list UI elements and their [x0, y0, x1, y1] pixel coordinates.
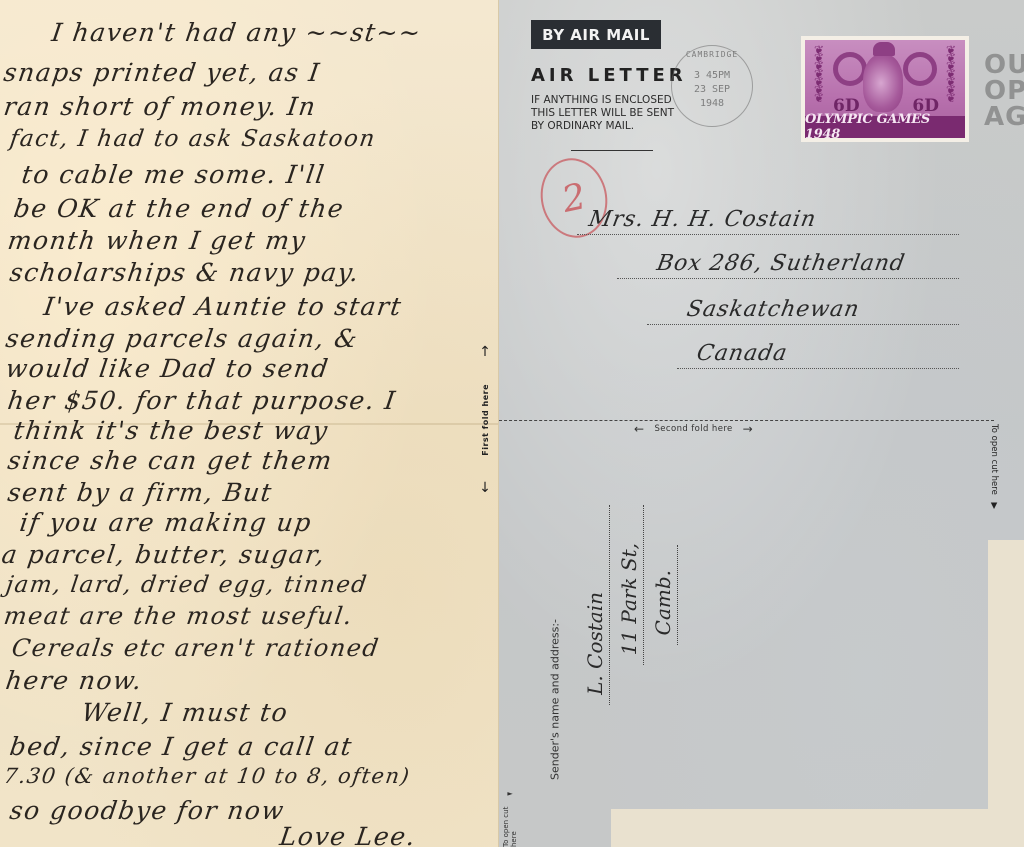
address-line: Saskatchewan — [647, 290, 959, 325]
handwriting-line: here now. — [4, 666, 145, 695]
first-fold-marker: ↑ First fold here ↓ — [474, 345, 496, 495]
handwriting-line: sent by a firm, But — [6, 478, 275, 507]
handwriting-line: since she can get them — [6, 446, 335, 475]
sender-address-line: L. Costain — [581, 505, 610, 705]
handwriting-line: so goodbye for now — [8, 796, 287, 825]
address-text: Saskatchewan — [685, 297, 862, 322]
handwriting-line: jam, lard, dried egg, tinned — [4, 572, 369, 598]
warning-line: IF ANYTHING IS ENCLOSED — [531, 94, 674, 107]
crown-icon — [873, 42, 895, 56]
address-text: Mrs. H. H. Costain — [587, 207, 819, 232]
arrow-up-icon: ↑ — [479, 345, 491, 359]
handwriting-line: to cable me some. I'll — [20, 160, 327, 189]
open-cut-marker: To open cut here ◄ — [502, 790, 518, 847]
handwriting-line: a parcel, butter, sugar, — [0, 540, 328, 569]
divider — [571, 150, 653, 151]
sender-text: L. Costain — [583, 592, 607, 695]
arrow-left-icon: ← — [634, 422, 644, 436]
handwriting-line: her $50. for that purpose. I — [6, 386, 398, 415]
handwriting-line: be OK at the end of the — [12, 194, 346, 223]
slogan-cancellation: OUR OPE AG — [984, 52, 1024, 130]
by-air-mail-label: BY AIR MAIL — [531, 20, 661, 49]
handwriting-line: would like Dad to send — [4, 354, 331, 383]
arrow-down-icon: ↓ — [479, 481, 491, 495]
handwriting-line: scholarships & navy pay. — [8, 258, 362, 287]
olympic-ring-icon — [903, 52, 937, 86]
first-fold-label: First fold here — [481, 384, 490, 456]
handwriting-line: think it's the best way — [12, 416, 331, 445]
arrow-down-icon: ▼ — [989, 501, 999, 511]
sender-address-line: Camb. — [649, 545, 678, 645]
postmark-time: 3 45PM — [672, 70, 752, 81]
handwriting-line: Cereals etc aren't rationed — [10, 634, 381, 662]
warning-line: BY ORDINARY MAIL. — [531, 120, 674, 133]
postmark-date: 23 SEP — [672, 84, 752, 95]
handwriting-line: ran short of money. In — [2, 92, 318, 121]
handwriting-line: month when I get my — [6, 226, 308, 255]
address-text: Box 286, Sutherland — [655, 251, 907, 276]
open-cut-label: To open cut here — [502, 802, 518, 847]
sender-text: Camb. — [651, 570, 675, 635]
sender-address-line: 11 Park St, — [615, 505, 644, 665]
cancel-text: OUR — [984, 52, 1024, 78]
arrow-right-icon: → — [743, 422, 753, 436]
handwritten-letter-page: I haven't had any ~~st~~ snaps printed y… — [0, 0, 499, 847]
king-portrait — [863, 54, 903, 112]
sender-label: Sender's name and address:- — [547, 600, 563, 780]
olympic-ring-icon — [833, 52, 867, 86]
handwriting-line: sending parcels again, & — [4, 324, 360, 353]
olympic-games-stamp: ❦❦❦❦❦❦❦ ❦❦❦❦❦❦❦ 6D 6D OLYMPIC GAMES 1948 — [801, 36, 969, 142]
handwriting-line: fact, I had to ask Saskatoon — [8, 126, 377, 152]
postmark-city: CAMBRIDGE — [672, 50, 752, 59]
paper-edge — [988, 540, 1024, 847]
handwriting-line: I haven't had any ~~st~~ — [50, 18, 423, 47]
postmark-year: 1948 — [672, 98, 752, 109]
handwriting-line: if you are making up — [18, 508, 314, 537]
open-cut-marker: To open cut here ▼ — [989, 424, 999, 524]
stamp-banner: OLYMPIC GAMES 1948 — [805, 116, 965, 138]
second-fold-marker: ← Second fold here → — [634, 422, 753, 436]
enclosed-warning: IF ANYTHING IS ENCLOSED THIS LETTER WILL… — [531, 94, 674, 133]
cancel-text: OPE — [984, 78, 1024, 104]
arrow-icon: ◄ — [506, 790, 514, 798]
postmark: CAMBRIDGE 3 45PM 23 SEP 1948 — [671, 45, 753, 127]
air-letter-panel: BY AIR MAIL AIR LETTER IF ANYTHING IS EN… — [499, 0, 1024, 847]
address-line: Box 286, Sutherland — [617, 244, 959, 279]
signature: Love Lee. — [278, 822, 418, 847]
handwriting-line: bed, since I get a call at — [8, 732, 355, 761]
address-line: Mrs. H. H. Costain — [577, 200, 959, 235]
warning-line: THIS LETTER WILL BE SENT — [531, 107, 674, 120]
open-cut-label: To open cut here — [989, 424, 999, 495]
paper-edge — [611, 809, 1024, 847]
address-line: Canada — [677, 334, 959, 369]
second-fold-line — [499, 420, 994, 421]
laurel-icon: ❦❦❦❦❦❦❦ — [941, 46, 961, 112]
handwriting-line: I've asked Auntie to start — [42, 292, 404, 321]
second-fold-label: Second fold here — [654, 424, 732, 434]
handwriting-line: snaps printed yet, as I — [2, 58, 322, 87]
handwriting-line: meat are the most useful. — [2, 602, 355, 630]
laurel-icon: ❦❦❦❦❦❦❦ — [809, 46, 829, 112]
cancel-text: AG — [984, 104, 1024, 130]
handwriting-line: 7.30 (& another at 10 to 8, often) — [2, 764, 412, 788]
sender-text: 11 Park St, — [617, 543, 641, 655]
address-text: Canada — [695, 341, 790, 366]
handwriting-line: Well, I must to — [80, 698, 290, 727]
air-letter-title: AIR LETTER — [531, 65, 687, 86]
